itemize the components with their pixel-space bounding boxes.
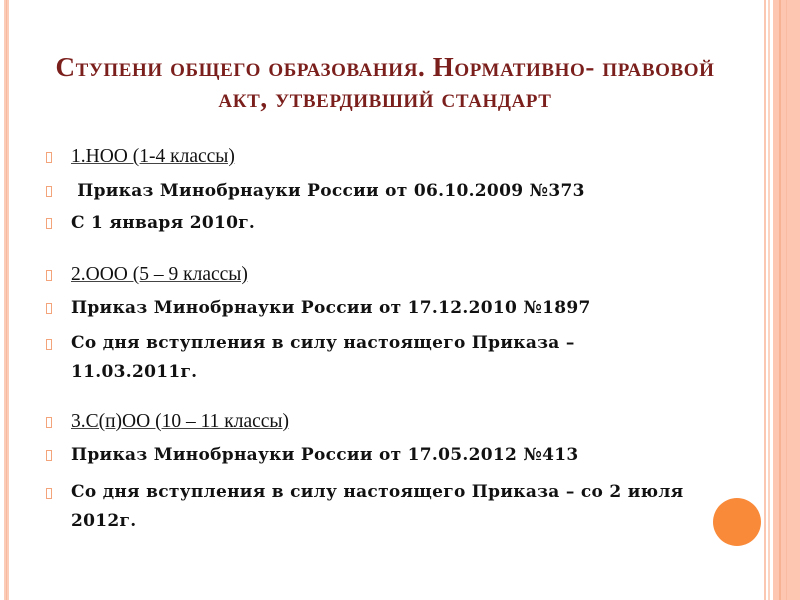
slide-body: 1.НОО (1-4 классы) Приказ Минобрнауки Ро… — [0, 0, 760, 600]
bullet-icon — [46, 218, 52, 229]
list-item-section-heading: 2.ООО (5 – 9 классы) — [46, 264, 726, 286]
list-item: Со дня вступления в силу настоящего Прик… — [46, 482, 706, 536]
bullet-icon — [46, 270, 52, 281]
list-item: Приказ Минобрнауки России от 17.12.2010 … — [46, 297, 726, 319]
section-heading: 1.НОО (1-4 классы) — [71, 146, 235, 168]
bullet-icon — [46, 339, 52, 350]
decree-text: Приказ Минобрнауки России от 06.10.2009 … — [71, 180, 585, 202]
list-item: Со дня вступления в силу настоящего Прик… — [46, 333, 586, 387]
right-border-line — [786, 0, 787, 600]
right-border-line — [779, 0, 781, 600]
effective-date-text: С 1 января 2010г. — [71, 212, 255, 234]
list-item: С 1 января 2010г. — [46, 212, 726, 234]
bullet-icon — [46, 152, 52, 163]
section-heading: 3.С(п)ОО (10 – 11 классы) — [71, 411, 289, 433]
bullet-icon — [46, 186, 52, 197]
right-border-line — [768, 0, 770, 600]
list-item: Приказ Минобрнауки России от 17.05.2012 … — [46, 444, 726, 466]
list-item-section-heading: 1.НОО (1-4 классы) — [46, 146, 726, 168]
right-border-line — [764, 0, 766, 600]
decree-text: Приказ Минобрнауки России от 17.05.2012 … — [71, 444, 579, 466]
bullet-icon — [46, 450, 52, 461]
bullet-icon — [46, 417, 52, 428]
effective-date-text: Со дня вступления в силу настоящего Прик… — [71, 329, 586, 387]
decree-text: Приказ Минобрнауки России от 17.12.2010 … — [71, 297, 591, 319]
bullet-icon — [46, 303, 52, 314]
effective-date-text: Со дня вступления в силу настоящего Прик… — [71, 478, 706, 536]
bullet-icon — [46, 488, 52, 499]
list-item: Приказ Минобрнауки России от 06.10.2009 … — [46, 180, 726, 202]
slide: Ступени общего образования. Нормативно- … — [0, 0, 800, 600]
list-item-section-heading: 3.С(п)ОО (10 – 11 классы) — [46, 411, 726, 433]
section-heading: 2.ООО (5 – 9 классы) — [71, 264, 248, 286]
